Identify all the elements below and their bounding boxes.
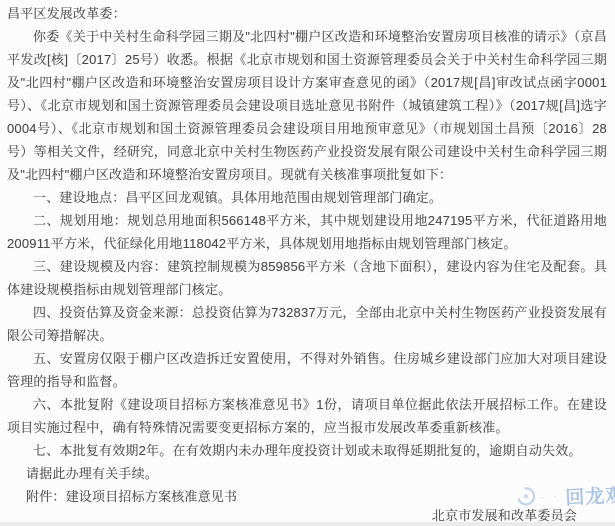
salutation: 昌平区发展改革委： [7,2,607,25]
intro-paragraph: 你委《关于中关村生命科学园三期及"北四村"棚户区改造和环境整治安置房项目核准的请… [7,25,607,186]
item-construction-scale: 三、建设规模及内容：建筑控制规模为859856平方米（含地下面积），建设内容为住… [7,255,607,301]
item-construction-location: 一、建设地点：昌平区回龙观镇。具体用地范围由规划管理部门确定。 [7,186,607,209]
item-validity-period: 七、本批复有效期2年。在有效期内未办理年度投资计划或未取得延期批复的，逾期自动失… [7,439,607,462]
item-investment-estimate: 四、投资估算及资金来源：总投资估算为732837万元，全部由北京中关村生物医药产… [7,301,607,347]
approval-document-body: 昌平区发展改革委： 你委《关于中关村生命科学园三期及"北四村"棚户区改造和环境整… [7,2,607,508]
scanned-approval-document-page: { "document": { "salutation": "昌平区发展改革委：… [0,0,615,526]
page-bottom-edge [0,522,615,526]
item-bidding-plan: 六、本批复附《建设项目招标方案核准意见书》1份，请项目单位据此依法开展招标工作。… [7,393,607,439]
item-planned-land-use: 二、规划用地：规划总用地面积566148平方米，其中规划建设用地247195平方… [7,209,607,255]
item-resettlement-housing-restriction: 五、安置房仅限于棚户区改造拆迁安置使用，不得对外销售。住房城乡建设部门应加大对项… [7,347,607,393]
closing-line: 请据此办理有关手续。 [7,462,607,485]
